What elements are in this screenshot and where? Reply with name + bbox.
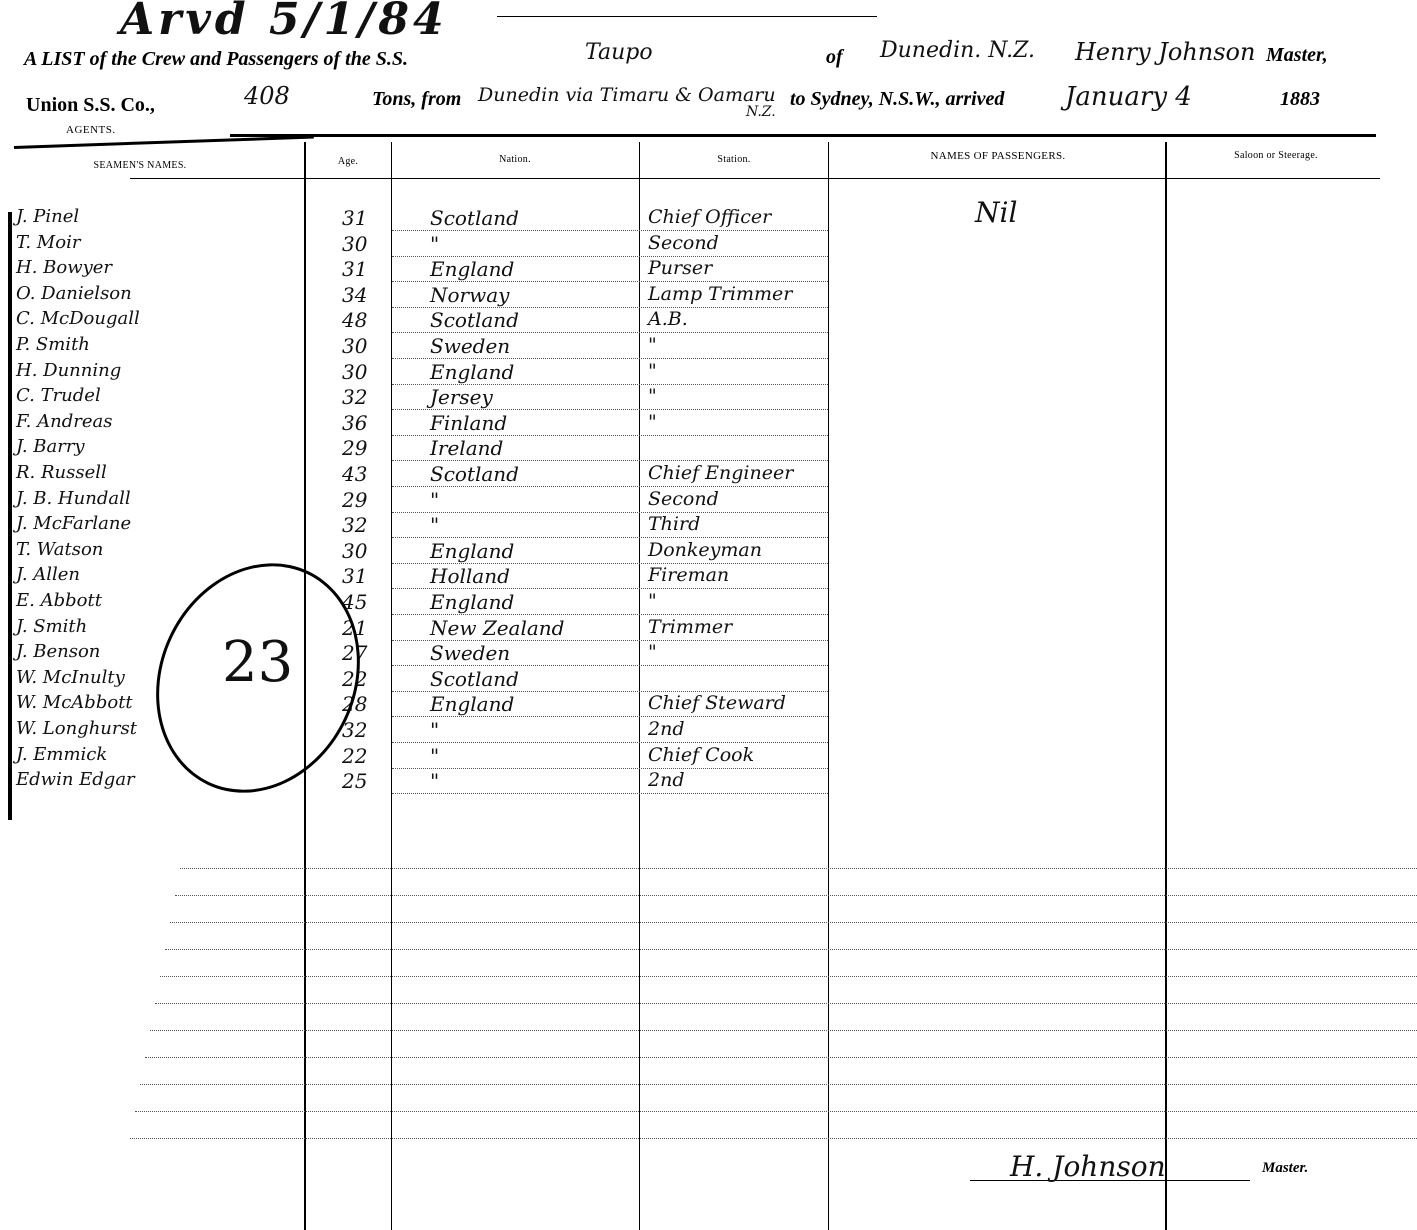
blank-row-rule <box>150 1030 1417 1031</box>
row-rule <box>392 230 828 231</box>
seaman-nation: " <box>430 718 439 742</box>
master-signature-label: Master. <box>1262 1160 1308 1177</box>
seaman-age: 30 <box>342 360 367 384</box>
table-row: O. Danielson34NorwayLamp Trimmer <box>0 283 1417 309</box>
seaman-name: W. Longhurst <box>16 718 137 739</box>
seaman-nation: " <box>430 744 439 768</box>
seaman-age: 25 <box>342 769 367 793</box>
port-of-registry: Dunedin. N.Z. <box>880 38 1035 63</box>
table-row: H. Bowyer31EnglandPurser <box>0 257 1417 283</box>
row-rule <box>392 793 828 794</box>
agents-label: AGENTS. <box>66 124 116 136</box>
seaman-name: C. Trudel <box>16 385 101 406</box>
seaman-station: Chief Cook <box>648 744 754 766</box>
table-row: J. B. Hundall29"Second <box>0 488 1417 514</box>
seaman-nation: Norway <box>430 283 509 307</box>
seaman-station: " <box>648 360 657 382</box>
header-bottom-rule <box>130 178 1380 179</box>
seaman-nation: " <box>430 769 439 793</box>
seaman-nation: Scotland <box>430 462 519 486</box>
seaman-age: 34 <box>342 283 367 307</box>
blank-row-rule <box>130 1138 1417 1139</box>
seaman-name: J. Emmick <box>16 744 107 765</box>
seaman-age: 30 <box>342 539 367 563</box>
seaman-name: J. Benson <box>16 641 100 662</box>
seaman-age: 30 <box>342 232 367 256</box>
row-rule <box>392 588 828 589</box>
seaman-nation: Scotland <box>430 206 519 230</box>
seaman-nation: " <box>430 488 439 512</box>
arrival-stamp: Arvd 5/1/84 <box>120 0 448 45</box>
seaman-station: Second <box>648 232 719 254</box>
table-row: C. Trudel32Jersey" <box>0 385 1417 411</box>
seaman-age: 31 <box>342 257 367 281</box>
row-rule <box>392 358 828 359</box>
header-rule-main <box>230 134 1376 137</box>
passengers-nil: Nil <box>975 196 1017 229</box>
table-row: J. McFarlane32"Third <box>0 513 1417 539</box>
blank-row-rule <box>135 1111 1417 1112</box>
master-name: Henry Johnson <box>1075 38 1255 66</box>
seaman-name: J. Smith <box>16 616 87 637</box>
row-rule <box>392 332 828 333</box>
arrival-date: January 4 <box>1065 82 1192 112</box>
seaman-age: 29 <box>342 488 367 512</box>
seaman-station: Third <box>648 513 700 535</box>
header-rule-left <box>14 136 314 149</box>
table-row: F. Andreas36Finland" <box>0 411 1417 437</box>
row-rule <box>392 665 828 666</box>
seaman-station: Chief Engineer <box>648 462 793 484</box>
row-rule <box>392 486 828 487</box>
seaman-nation: Scotland <box>430 308 519 332</box>
blank-row-rule <box>175 895 1417 896</box>
of-label: of <box>826 46 843 69</box>
route-suffix: N.Z. <box>746 104 776 120</box>
seaman-name: T. Watson <box>16 539 103 560</box>
seaman-name: E. Abbott <box>16 590 102 611</box>
table-row: C. McDougall48ScotlandA.B. <box>0 308 1417 334</box>
blank-row-rule <box>140 1084 1417 1085</box>
seaman-station: " <box>648 590 657 612</box>
seaman-name: J. B. Hundall <box>16 488 131 509</box>
seaman-age: 29 <box>342 436 367 460</box>
header-rule-top <box>497 16 877 17</box>
seaman-nation: Scotland <box>430 667 519 691</box>
blank-row-rule <box>155 1003 1417 1004</box>
seaman-name: P. Smith <box>16 334 90 355</box>
seaman-nation: Ireland <box>430 436 503 460</box>
seaman-nation: England <box>430 590 514 614</box>
blank-row-rule <box>145 1057 1417 1058</box>
seaman-nation: Finland <box>430 411 507 435</box>
seaman-nation: Holland <box>430 564 510 588</box>
col-header-nation: Nation. <box>392 154 638 165</box>
seaman-nation: " <box>430 513 439 537</box>
seaman-name: J. Allen <box>16 564 80 585</box>
seaman-station: 2nd <box>648 769 685 791</box>
seaman-station: " <box>648 411 657 433</box>
year: 1883 <box>1280 88 1320 111</box>
col-header-seamens-names: SEAMEN'S NAMES. <box>40 160 240 171</box>
seaman-name: C. McDougall <box>16 308 140 329</box>
seaman-station: Purser <box>648 257 712 279</box>
seaman-name: W. McAbbott <box>16 692 133 713</box>
col-header-saloon-steerage: Saloon or Steerage. <box>1168 150 1384 161</box>
seaman-age: 32 <box>342 385 367 409</box>
list-title: A LIST of the Crew and Passengers of the… <box>24 48 408 71</box>
seaman-age: 32 <box>342 718 367 742</box>
seaman-nation: Sweden <box>430 641 510 665</box>
seaman-nation: England <box>430 257 514 281</box>
seaman-nation: Jersey <box>430 385 493 409</box>
seaman-station: Donkeyman <box>648 539 762 561</box>
row-rule <box>392 537 828 538</box>
seaman-nation: England <box>430 692 514 716</box>
route: Dunedin via Timaru & Oamaru <box>478 84 776 106</box>
seaman-name: H. Bowyer <box>16 257 112 278</box>
seaman-age: 31 <box>342 564 367 588</box>
seaman-name: O. Danielson <box>16 283 132 304</box>
seaman-station: A.B. <box>648 308 688 330</box>
row-rule <box>392 460 828 461</box>
seaman-nation: New Zealand <box>430 616 564 640</box>
row-rule <box>392 716 828 717</box>
row-rule <box>392 742 828 743</box>
seaman-nation: " <box>430 232 439 256</box>
seaman-nation: Sweden <box>430 334 510 358</box>
tonnage: 408 <box>244 82 290 110</box>
seaman-station: Second <box>648 488 719 510</box>
col-header-passengers: NAMES OF PASSENGERS. <box>830 150 1166 162</box>
row-rule <box>392 614 828 615</box>
seaman-nation: England <box>430 539 514 563</box>
table-row: T. Moir30"Second <box>0 232 1417 258</box>
seaman-name: F. Andreas <box>16 411 112 432</box>
ship-name: Taupo <box>585 40 653 65</box>
seaman-age: 31 <box>342 206 367 230</box>
row-rule <box>392 409 828 410</box>
seaman-age: 32 <box>342 513 367 537</box>
seaman-age: 22 <box>342 744 367 768</box>
seaman-station: Lamp Trimmer <box>648 283 792 305</box>
tons-from-label: Tons, from <box>372 88 461 111</box>
table-row: R. Russell43ScotlandChief Engineer <box>0 462 1417 488</box>
seaman-station: Fireman <box>648 564 729 586</box>
seaman-station: Chief Steward <box>648 692 786 714</box>
table-row: T. Watson30EnglandDonkeyman <box>0 539 1417 565</box>
col-header-station: Station. <box>640 154 828 165</box>
seaman-name: J. McFarlane <box>16 513 131 534</box>
seaman-station: Chief Officer <box>648 206 771 228</box>
master-label: Master, <box>1266 44 1328 67</box>
seaman-age: 43 <box>342 462 367 486</box>
seaman-age: 48 <box>342 308 367 332</box>
seaman-name: Edwin Edgar <box>16 769 135 790</box>
table-row: H. Dunning30England" <box>0 360 1417 386</box>
table-row: P. Smith30Sweden" <box>0 334 1417 360</box>
table-row: J. Pinel31ScotlandChief Officer <box>0 206 1417 232</box>
blank-row-rule <box>160 976 1417 977</box>
seaman-name: J. Barry <box>16 436 85 457</box>
master-signature: H. Johnson <box>1010 1150 1166 1183</box>
seaman-station: 2nd <box>648 718 685 740</box>
blank-row-rule <box>180 868 1417 869</box>
blank-row-rule <box>170 922 1417 923</box>
col-header-age: Age. <box>306 156 390 167</box>
seaman-name: R. Russell <box>16 462 107 483</box>
seaman-station: Trimmer <box>648 616 732 638</box>
table-row: J. Barry29Ireland <box>0 436 1417 462</box>
seaman-nation: England <box>430 360 514 384</box>
blank-row-rule <box>165 949 1417 950</box>
seaman-station: " <box>648 641 657 663</box>
seaman-age: 36 <box>342 411 367 435</box>
seaman-name: J. Pinel <box>16 206 79 227</box>
seaman-name: W. McInulty <box>16 667 125 688</box>
seaman-station: " <box>648 334 657 356</box>
seaman-name: T. Moir <box>16 232 80 253</box>
seaman-age: 30 <box>342 334 367 358</box>
seaman-station: " <box>648 385 657 407</box>
crew-count-annotation: 23 <box>222 630 293 695</box>
seaman-name: H. Dunning <box>16 360 121 381</box>
row-rule <box>392 281 828 282</box>
agents-name: Union S.S. Co., <box>26 94 155 117</box>
to-label: to Sydney, N.S.W., arrived <box>790 88 1004 111</box>
